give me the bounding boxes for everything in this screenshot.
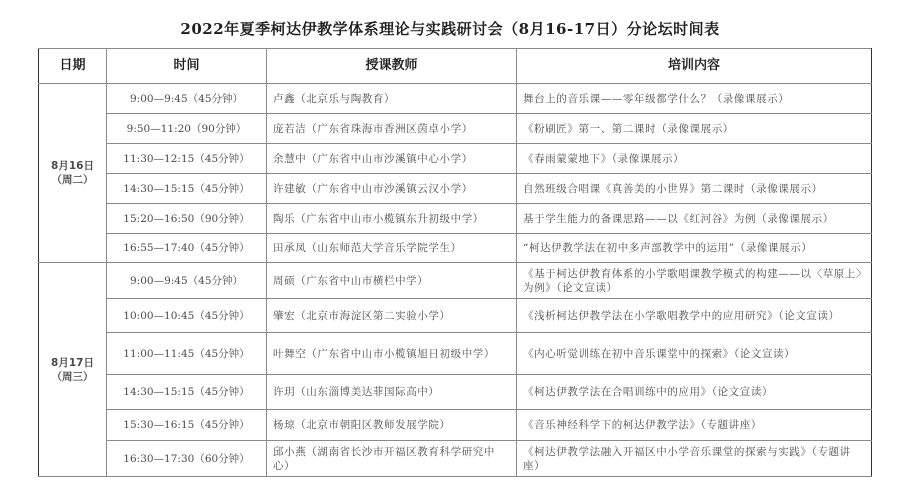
teacher-cell: 许建敏（广东省中山市沙溪镇云汉小学） [267,174,517,204]
time-cell: 14:30—15:15（45分钟） [107,174,267,204]
page-title: 2022年夏季柯达伊教学体系理论与实践研讨会（8月16-17日）分论坛时间表 [0,18,900,39]
date-label: 8月17日 [45,356,100,370]
teacher-cell: 许玥（山东淄博美达菲国际高中） [267,375,517,410]
content-cell: 《内心听觉训练在初中音乐课堂中的探索》（论文宣读） [517,333,872,375]
time-cell: 9:50—11:20（90分钟） [107,114,267,144]
teacher-cell: 杨琼（北京市朝阳区教师发展学院） [267,410,517,441]
teacher-cell: 余慧中（广东省中山市沙溪镇中心小学） [267,144,517,174]
header-teacher: 授课教师 [267,49,517,84]
content-cell: 《粉刷匠》第一、第二课时（录像课展示） [517,114,872,144]
teacher-cell: 田承凤（山东师范大学音乐学院学生） [267,234,517,263]
table-row: 16:55—17:40（45分钟）田承凤（山东师范大学音乐学院学生）“柯达伊教学… [39,234,872,263]
content-cell: 《音乐神经科学下的柯达伊教学法》（专题讲座） [517,410,872,441]
teacher-cell: 邱小燕（湖南省长沙市开福区教育科学研究中心） [267,441,517,477]
date-label: 8月16日 [45,159,100,173]
table-row: 8月17日（周三）9:00—9:45（45分钟）周硕（广东省中山市横栏中学）《基… [39,263,872,299]
content-cell: 基于学生能力的备课思路——以《红河谷》为例（录像课展示） [517,204,872,234]
date-cell: 8月16日（周二） [39,84,107,263]
table-row: 11:00—11:45（45分钟）叶舞空（广东省中山市小榄镇旭日初级中学）《内心… [39,333,872,375]
time-cell: 9:00—9:45（45分钟） [107,263,267,299]
time-cell: 9:00—9:45（45分钟） [107,84,267,114]
time-cell: 14:30—15:15（45分钟） [107,375,267,410]
teacher-cell: 周硕（广东省中山市横栏中学） [267,263,517,299]
teacher-cell: 卢鑫（北京乐与陶教育） [267,84,517,114]
table-row: 14:30—15:15（45分钟）许建敏（广东省中山市沙溪镇云汉小学）自然班级合… [39,174,872,204]
teacher-cell: 肇宏（北京市海淀区第二实验小学） [267,299,517,333]
content-cell: 《春雨蒙蒙地下》（录像课展示） [517,144,872,174]
schedule-table: 日期 时间 授课教师 培训内容 8月16日（周二）9:00—9:45（45分钟）… [38,48,872,477]
weekday-label: （周三） [45,370,100,384]
table-row: 11:30—12:15（45分钟）余慧中（广东省中山市沙溪镇中心小学）《春雨蒙蒙… [39,144,872,174]
content-cell: 《柯达伊教学法在合唱训练中的应用》（论文宣读） [517,375,872,410]
header-date: 日期 [39,49,107,84]
content-cell: 《浅析柯达伊教学法在小学歌唱教学中的应用研究》（论文宣读） [517,299,872,333]
header-content: 培训内容 [517,49,872,84]
teacher-cell: 陶乐（广东省中山市小榄镇东升初级中学） [267,204,517,234]
time-cell: 16:55—17:40（45分钟） [107,234,267,263]
content-cell: “柯达伊教学法在初中多声部教学中的运用”（录像课展示） [517,234,872,263]
header-time: 时间 [107,49,267,84]
table-row: 16:30—17:30（60分钟）邱小燕（湖南省长沙市开福区教育科学研究中心）《… [39,441,872,477]
table-row: 14:30—15:15（45分钟）许玥（山东淄博美达菲国际高中）《柯达伊教学法在… [39,375,872,410]
content-cell: 《柯达伊教学法融入开福区中小学音乐课堂的探索与实践》（专题讲座） [517,441,872,477]
time-cell: 11:00—11:45（45分钟） [107,333,267,375]
time-cell: 15:30—16:15（45分钟） [107,410,267,441]
table-row: 15:20—16:50（90分钟）陶乐（广东省中山市小榄镇东升初级中学）基于学生… [39,204,872,234]
table-row: 9:50—11:20（90分钟）庞若洁（广东省珠海市香洲区茵卓小学）《粉刷匠》第… [39,114,872,144]
table-row: 8月16日（周二）9:00—9:45（45分钟）卢鑫（北京乐与陶教育）舞台上的音… [39,84,872,114]
content-cell: 《基于柯达伊教育体系的小学歌唱课教学模式的构建——以〈草原上〉为例》（论文宣读） [517,263,872,299]
table-row: 15:30—16:15（45分钟）杨琼（北京市朝阳区教师发展学院）《音乐神经科学… [39,410,872,441]
time-cell: 11:30—12:15（45分钟） [107,144,267,174]
teacher-cell: 叶舞空（广东省中山市小榄镇旭日初级中学） [267,333,517,375]
weekday-label: （周二） [45,173,100,187]
table-row: 10:00—10:45（45分钟）肇宏（北京市海淀区第二实验小学）《浅析柯达伊教… [39,299,872,333]
time-cell: 16:30—17:30（60分钟） [107,441,267,477]
header-row: 日期 时间 授课教师 培训内容 [39,49,872,84]
date-cell: 8月17日（周三） [39,263,107,477]
content-cell: 自然班级合唱课《真善美的小世界》第二课时（录像课展示） [517,174,872,204]
content-cell: 舞台上的音乐课——零年级都学什么？（录像课展示） [517,84,872,114]
time-cell: 15:20—16:50（90分钟） [107,204,267,234]
teacher-cell: 庞若洁（广东省珠海市香洲区茵卓小学） [267,114,517,144]
time-cell: 10:00—10:45（45分钟） [107,299,267,333]
